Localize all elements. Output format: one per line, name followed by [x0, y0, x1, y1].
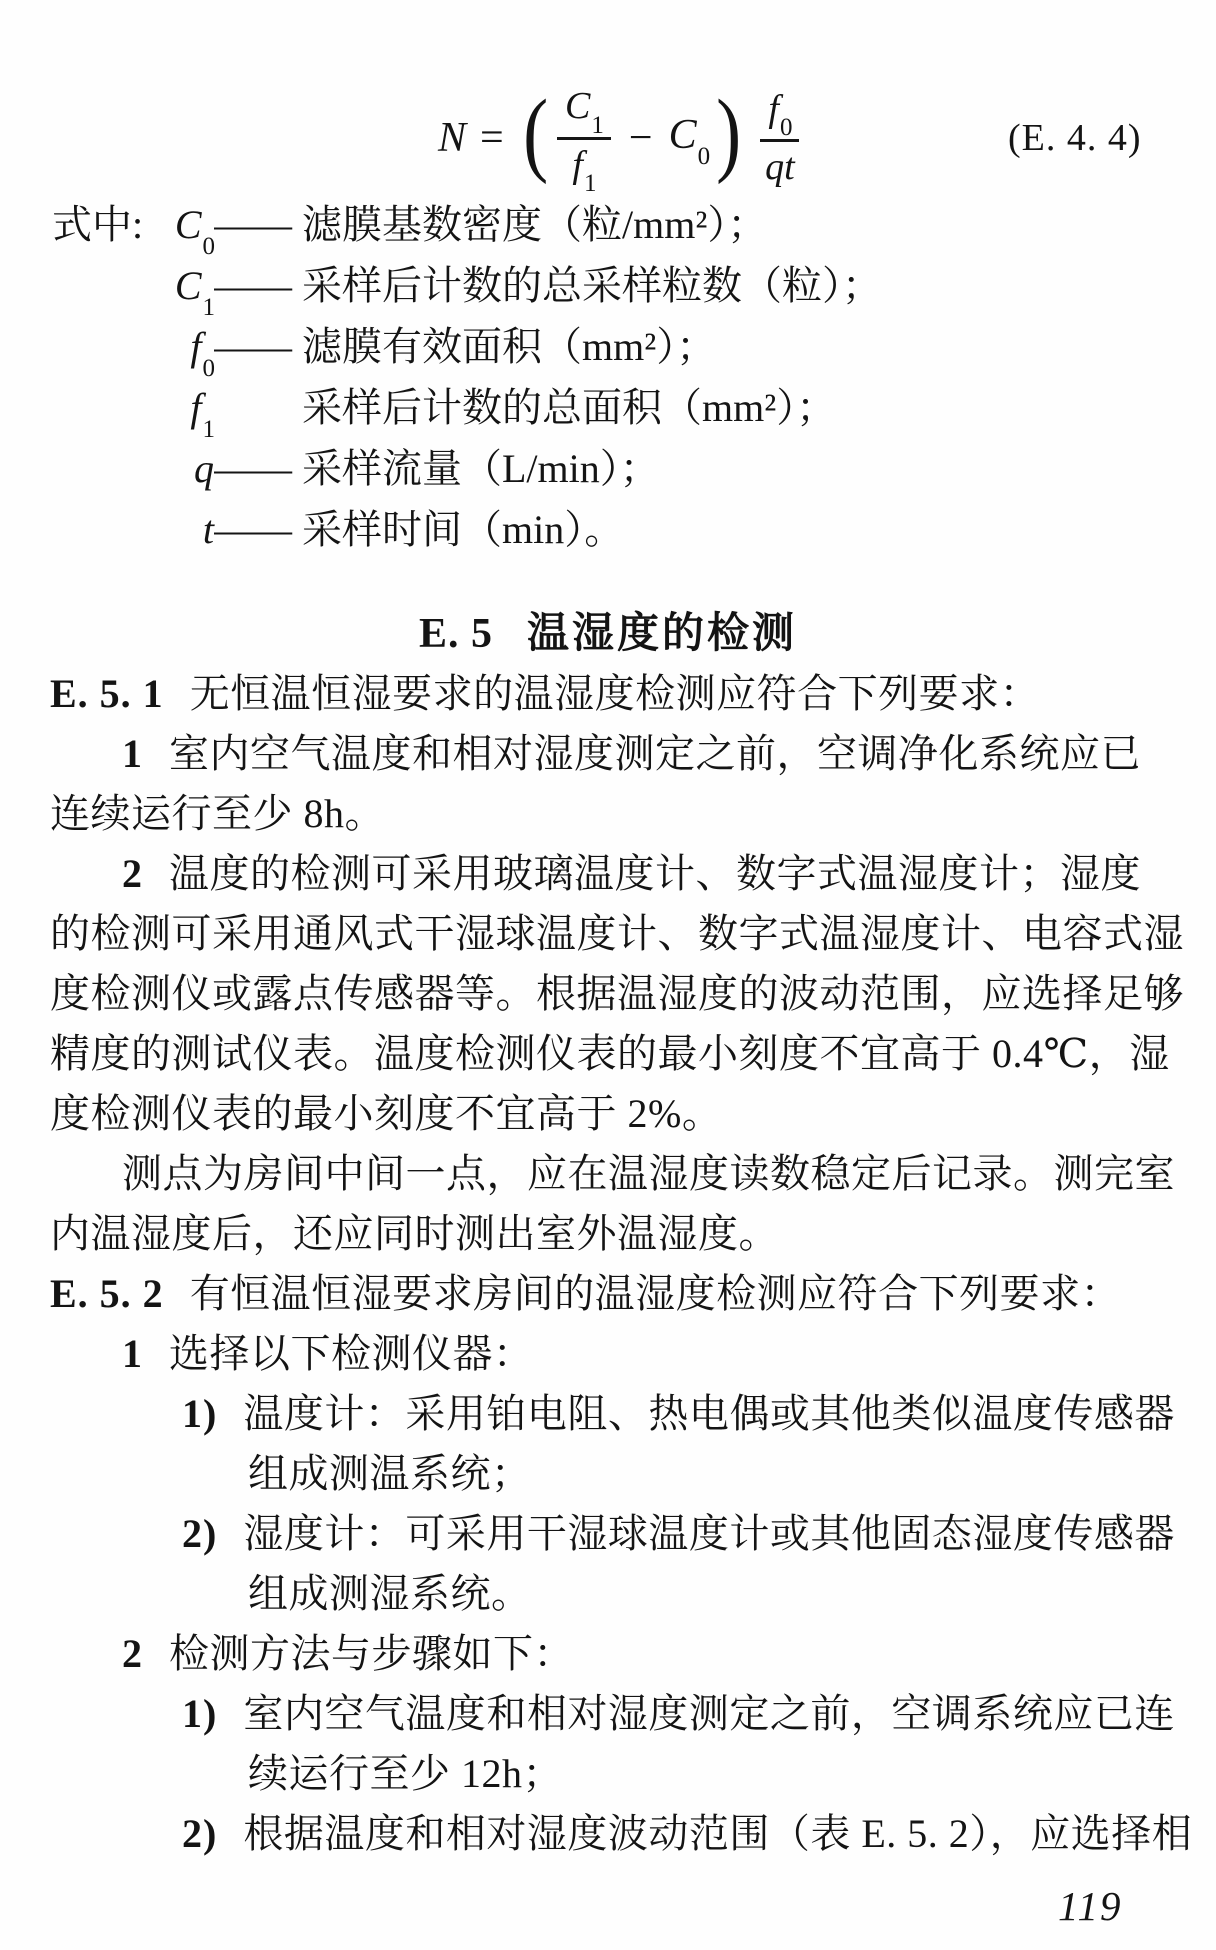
frac1-denominator: f	[572, 144, 583, 186]
line-text: 测点为房间中间一点，应在温湿度读数稳定后记录。测完室	[122, 1151, 1175, 1196]
page-number: 119	[1058, 1882, 1122, 1930]
line-text: 有恒温恒湿要求房间的温湿度检测应符合下列要求：	[190, 1271, 1122, 1316]
paragraph-line: 度检测仪表的最小刻度不宜高于 2%。	[50, 1084, 1176, 1144]
subitem-number: 2)	[182, 1811, 217, 1856]
paragraph-line: 1选择以下检测仪器：	[50, 1324, 1176, 1384]
symbol-sub: 0	[203, 233, 216, 260]
formula-lhs: N	[438, 114, 466, 162]
line-text: 检测方法与步骤如下：	[169, 1631, 574, 1676]
close-paren: )	[716, 86, 741, 190]
variable-description: 采样时间（min）。	[302, 507, 624, 552]
clause-number: E. 5. 1	[50, 671, 164, 716]
item-number: 1	[122, 1331, 143, 1376]
subitem-number: 1)	[182, 1391, 217, 1436]
paragraph-line: E. 5. 1无恒温恒湿要求的温湿度检测应符合下列要求：	[50, 664, 1176, 724]
line-text: 无恒温恒湿要求的温湿度检测应符合下列要求：	[190, 671, 1041, 716]
item-number: 2	[122, 1631, 143, 1676]
equation-number: (E. 4. 4)	[1008, 116, 1142, 160]
item-number: 1	[122, 731, 143, 776]
variable-description: 采样流量（L/min）；	[302, 446, 660, 491]
line-text: 内温湿度后，还应同时测出室外温湿度。	[50, 1211, 779, 1256]
paragraph-line: E. 5. 2有恒温恒湿要求房间的温湿度检测应符合下列要求：	[50, 1264, 1176, 1324]
where-label: 式中:	[52, 194, 156, 255]
frac2-denominator: qt	[765, 142, 795, 189]
variable-row: f1采样后计数的总面积（mm²）；	[52, 377, 882, 438]
paragraph-line: 连续运行至少 8h。	[50, 784, 1176, 844]
variable-row: f0——滤膜有效面积（mm²）；	[52, 316, 882, 377]
open-paren: (	[523, 86, 548, 190]
fraction-f0-qt: f0 qt	[760, 87, 799, 190]
line-text: 组成测湿系统。	[248, 1571, 532, 1616]
paragraph-line: 测点为房间中间一点，应在温湿度读数稳定后记录。测完室	[50, 1144, 1176, 1204]
variable-definitions: 式中:C0——滤膜基数密度（粒/mm²）； C1——采样后计数的总采样粒数（粒）…	[52, 194, 882, 560]
line-text: 连续运行至少 8h。	[50, 791, 385, 836]
line-text: 室内空气温度和相对湿度测定之前，空调系统应已连	[243, 1691, 1175, 1736]
symbol-base: q	[194, 446, 214, 491]
paragraph-line: 1)温度计：采用铂电阻、热电偶或其他类似温度传感器	[50, 1384, 1176, 1444]
symbol-base: f	[190, 385, 201, 430]
section-title: 温湿度的检测	[527, 611, 797, 657]
document-page: N = ( C1 f1 − C0 ) f0 qt (E. 4. 4) 式中:C0…	[0, 0, 1216, 1950]
symbol-base: C	[175, 202, 202, 247]
symbol-base: t	[203, 507, 214, 552]
section-number: E. 5	[419, 611, 493, 657]
symbol-sub: 1	[203, 294, 216, 321]
variable-description: 采样后计数的总采样粒数（粒）；	[302, 263, 882, 308]
section-heading: E. 5温湿度的检测	[0, 600, 1216, 660]
symbol-sub: 0	[203, 355, 216, 382]
paragraph-line: 组成测温系统；	[50, 1444, 1176, 1504]
variable-row: t——采样时间（min）。	[52, 499, 882, 560]
variable-row: C1——采样后计数的总采样粒数（粒）；	[52, 255, 882, 316]
paragraph-line: 续运行至少 12h；	[50, 1744, 1176, 1804]
term-base: C	[669, 112, 697, 158]
symbol-base: f	[190, 324, 201, 369]
item-number: 2	[122, 851, 143, 896]
minus-sign: −	[629, 114, 653, 162]
line-text: 根据温度和相对湿度波动范围（表 E. 5. 2），应选择相	[243, 1811, 1192, 1856]
paragraph-line: 1)室内空气温度和相对湿度测定之前，空调系统应已连	[50, 1684, 1176, 1744]
line-text: 续运行至少 12h；	[248, 1751, 563, 1796]
symbol-sub: 1	[203, 416, 216, 443]
body-text: E. 5. 1无恒温恒湿要求的温湿度检测应符合下列要求： 1室内空气温度和相对湿…	[50, 664, 1176, 1864]
line-text: 湿度计：可采用干湿球温度计或其他固态湿度传感器	[243, 1511, 1175, 1556]
paragraph-line: 2温度的检测可采用玻璃温度计、数字式温湿度计；湿度	[50, 844, 1176, 904]
variable-description: 采样后计数的总面积（mm²）；	[302, 385, 836, 430]
paragraph-line: 组成测湿系统。	[50, 1564, 1176, 1624]
paragraph-line: 精度的测试仪表。温度检测仪表的最小刻度不宜高于 0.4℃，湿	[50, 1024, 1176, 1084]
line-text: 温度的检测可采用玻璃温度计、数字式温湿度计；湿度	[169, 851, 1141, 896]
line-text: 温度计：采用铂电阻、热电偶或其他类似温度传感器	[243, 1391, 1175, 1436]
line-text: 选择以下检测仪器：	[169, 1331, 534, 1376]
paragraph-line: 2检测方法与步骤如下：	[50, 1624, 1176, 1684]
definition-dash: ——	[214, 316, 300, 377]
frac2-numerator-sub: 0	[780, 114, 793, 141]
line-text: 室内空气温度和相对湿度测定之前，空调净化系统应已	[169, 731, 1141, 776]
fraction-c1-f1: C1 f1	[557, 84, 611, 192]
paragraph-line: 2)根据温度和相对湿度波动范围（表 E. 5. 2），应选择相	[50, 1804, 1176, 1864]
variable-symbol: t	[156, 499, 214, 575]
line-text: 度检测仪或露点传感器等。根据温湿度的波动范围，应选择足够	[50, 971, 1184, 1016]
paragraph-line: 度检测仪或露点传感器等。根据温湿度的波动范围，应选择足够	[50, 964, 1176, 1024]
variable-description: 滤膜有效面积（mm²）；	[302, 324, 716, 369]
frac2-numerator: f	[768, 88, 779, 130]
line-text: 精度的测试仪表。温度检测仪表的最小刻度不宜高于 0.4℃，湿	[50, 1031, 1170, 1076]
term-c0: C0	[669, 111, 710, 164]
definition-dash: ——	[214, 438, 300, 499]
term-sub: 0	[698, 143, 711, 170]
symbol-base: C	[175, 263, 202, 308]
clause-number: E. 5. 2	[50, 1271, 164, 1316]
definition-dash: ——	[214, 499, 300, 560]
line-text: 组成测温系统；	[248, 1451, 532, 1496]
paragraph-line: 的检测可采用通风式干湿球温度计、数字式温湿度计、电容式湿	[50, 904, 1176, 964]
line-text: 的检测可采用通风式干湿球温度计、数字式温湿度计、电容式湿	[50, 911, 1184, 956]
frac1-numerator: C	[565, 85, 590, 127]
equation: N = ( C1 f1 − C0 ) f0 qt	[438, 88, 805, 188]
line-text: 度检测仪表的最小刻度不宜高于 2%。	[50, 1091, 722, 1136]
variable-row: q——采样流量（L/min）；	[52, 438, 882, 499]
frac1-numerator-sub: 1	[591, 112, 604, 139]
paragraph-line: 1室内空气温度和相对湿度测定之前，空调净化系统应已	[50, 724, 1176, 784]
subitem-number: 2)	[182, 1511, 217, 1556]
variable-row: 式中:C0——滤膜基数密度（粒/mm²）；	[52, 194, 882, 255]
variable-description: 滤膜基数密度（粒/mm²）；	[302, 202, 767, 247]
equals-sign: =	[480, 114, 504, 162]
subitem-number: 1)	[182, 1691, 217, 1736]
paragraph-line: 内温湿度后，还应同时测出室外温湿度。	[50, 1204, 1176, 1264]
definition-dash: ——	[214, 194, 300, 255]
paragraph-line: 2)湿度计：可采用干湿球温度计或其他固态湿度传感器	[50, 1504, 1176, 1564]
definition-dash: ——	[214, 255, 300, 316]
